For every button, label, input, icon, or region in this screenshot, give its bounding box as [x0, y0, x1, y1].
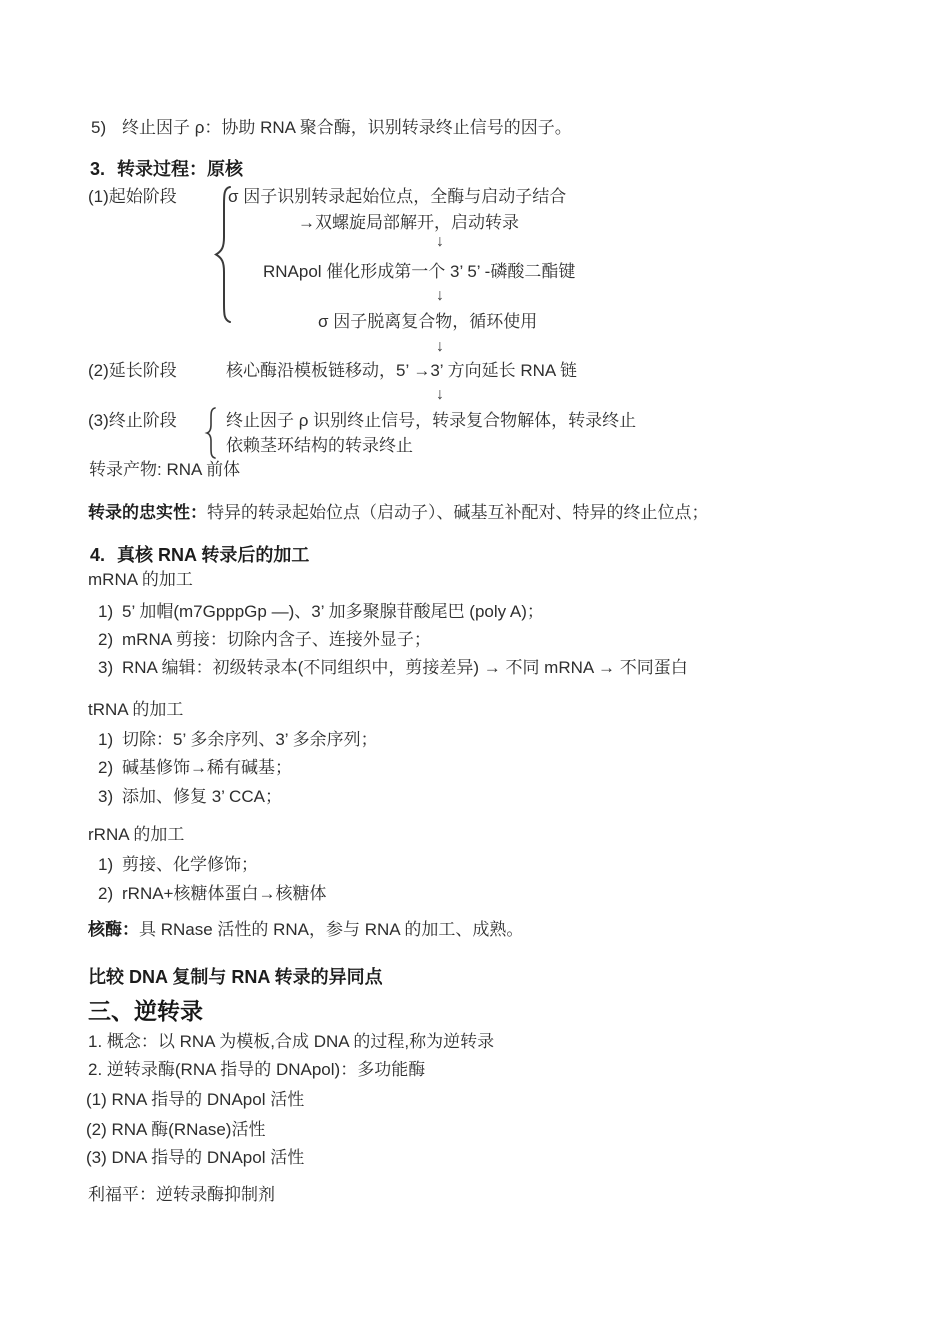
down-arrow-icon: ↓ — [432, 287, 448, 305]
list-item: 3)RNA 编辑：初级转录本(不同组织中，剪接差异) → 不同 mRNA → 不… — [98, 657, 688, 679]
transcription-product: 转录产物: RNA 前体 — [89, 459, 240, 481]
section-heading-reverse-transcription: 三、逆转录 — [88, 1000, 203, 1022]
flow-step-1: σ 因子识别转录起始位点，全酶与启动子结合 — [228, 186, 566, 208]
rt-activity-2: (2) RNA 酶(RNase)活性 — [86, 1119, 265, 1141]
list-marker: 5) — [91, 117, 122, 139]
ribozyme-note: 核酶：具 RNase 活性的 RNA，参与 RNA 的加工、成熟。 — [88, 919, 523, 941]
list-item-text: mRNA 剪接：切除内含子、连接外显子； — [122, 630, 431, 649]
subsection-title-mrna: mRNA 的加工 — [88, 569, 193, 591]
down-arrow-icon: ↓ — [432, 338, 448, 356]
rifampin-note: 利福平：逆转录酶抑制剂 — [88, 1184, 275, 1206]
list-item: 3)添加、修复 3’ CCA； — [98, 786, 282, 808]
stage-label-initiation: (1)起始阶段 — [88, 186, 177, 208]
termination-line-2: 依赖茎环结构的转录终止 — [226, 435, 413, 457]
list-item: 2)rRNA+核糖体蛋白→核糖体 — [98, 883, 326, 905]
fidelity-text: 特异的转录起始位点（启动子）、碱基互补配对、特异的终止位点； — [207, 503, 709, 522]
rt-concept: 1. 概念：以 RNA 为模板,合成 DNA 的过程,称为逆转录 — [88, 1031, 494, 1053]
list-item-text: 添加、修复 3’ CCA； — [122, 787, 282, 806]
heading-text: 真核 RNA 转录后的加工 — [117, 545, 309, 565]
flow-step-4: σ 因子脱离复合物，循环使用 — [318, 311, 537, 333]
subsection-title-trna: tRNA 的加工 — [88, 699, 183, 721]
list-item-text: 剪接、化学修饰； — [122, 855, 258, 874]
list-item-text: 碱基修饰→稀有碱基； — [122, 758, 292, 777]
heading-number: 3. — [90, 158, 117, 180]
list-marker: 3) — [98, 786, 122, 808]
stage-label-elongation: (2)延长阶段 — [88, 360, 177, 382]
termination-line-1: 终止因子 ρ 识别终止信号，转录复合物解体，转录终止 — [226, 410, 636, 432]
list-item-text: 5’ 加帽(m7GpppGp —)、3’ 加多聚腺苷酸尾巴 (poly A)； — [122, 602, 544, 621]
list-item: 1)切除：5’ 多余序列、3’ 多余序列； — [98, 729, 378, 751]
ribozyme-lead: 核酶： — [88, 920, 139, 939]
heading-text: 转录过程：原核 — [117, 159, 243, 179]
flow-step-2: →双螺旋局部解开，启动转录 — [298, 212, 519, 234]
list-marker: 3) — [98, 657, 122, 679]
curly-brace-small — [204, 407, 218, 459]
compare-heading: 比较 DNA 复制与 RNA 转录的异同点 — [88, 966, 383, 988]
down-arrow-icon: ↓ — [432, 386, 448, 404]
elongation-text: 核心酶沿模板链移动，5’ →3’ 方向延长 RNA 链 — [226, 360, 577, 382]
list-item-text: 终止因子 ρ：协助 RNA 聚合酶，识别转录终止信号的因子。 — [122, 118, 572, 137]
heading-number: 4. — [90, 544, 117, 566]
list-marker: 2) — [98, 883, 122, 905]
down-arrow-icon: ↓ — [432, 233, 448, 251]
section-heading-transcription-process: 3.转录过程：原核 — [90, 158, 243, 180]
list-item-text: 切除：5’ 多余序列、3’ 多余序列； — [122, 730, 378, 749]
stage-label-termination: (3)终止阶段 — [88, 410, 177, 432]
rt-enzyme: 2. 逆转录酶(RNA 指导的 DNApol)：多功能酶 — [88, 1059, 425, 1081]
list-item: 1)剪接、化学修饰； — [98, 854, 258, 876]
document-page: 5)终止因子 ρ：协助 RNA 聚合酶，识别转录终止信号的因子。 3.转录过程：… — [0, 0, 950, 1343]
subsection-title-rrna: rRNA 的加工 — [88, 824, 184, 846]
rt-activity-3: (3) DNA 指导的 DNApol 活性 — [86, 1147, 304, 1169]
transcription-fidelity: 转录的忠实性：特异的转录起始位点（启动子）、碱基互补配对、特异的终止位点； — [88, 502, 709, 524]
list-marker: 1) — [98, 854, 122, 876]
list-marker: 1) — [98, 601, 122, 623]
list-item: 2)mRNA 剪接：切除内含子、连接外显子； — [98, 629, 431, 651]
section-heading-post-transcription: 4.真核 RNA 转录后的加工 — [90, 544, 309, 566]
list-item-text: rRNA+核糖体蛋白→核糖体 — [122, 884, 326, 903]
list-item-termination-factor: 5)终止因子 ρ：协助 RNA 聚合酶，识别转录终止信号的因子。 — [91, 117, 572, 139]
rt-activity-1: (1) RNA 指导的 DNApol 活性 — [86, 1089, 304, 1111]
list-item: 2)碱基修饰→稀有碱基； — [98, 757, 292, 779]
list-item: 1)5’ 加帽(m7GpppGp —)、3’ 加多聚腺苷酸尾巴 (poly A)… — [98, 601, 544, 623]
list-item-text: RNA 编辑：初级转录本(不同组织中，剪接差异) → 不同 mRNA → 不同蛋… — [122, 658, 688, 677]
list-marker: 1) — [98, 729, 122, 751]
list-marker: 2) — [98, 757, 122, 779]
flow-step-3: RNApol 催化形成第一个 3’ 5’ -磷酸二酯键 — [263, 261, 575, 283]
ribozyme-text: 具 RNase 活性的 RNA，参与 RNA 的加工、成熟。 — [139, 920, 523, 939]
fidelity-lead: 转录的忠实性： — [88, 503, 207, 522]
list-marker: 2) — [98, 629, 122, 651]
curly-brace-small-shape — [204, 407, 218, 459]
